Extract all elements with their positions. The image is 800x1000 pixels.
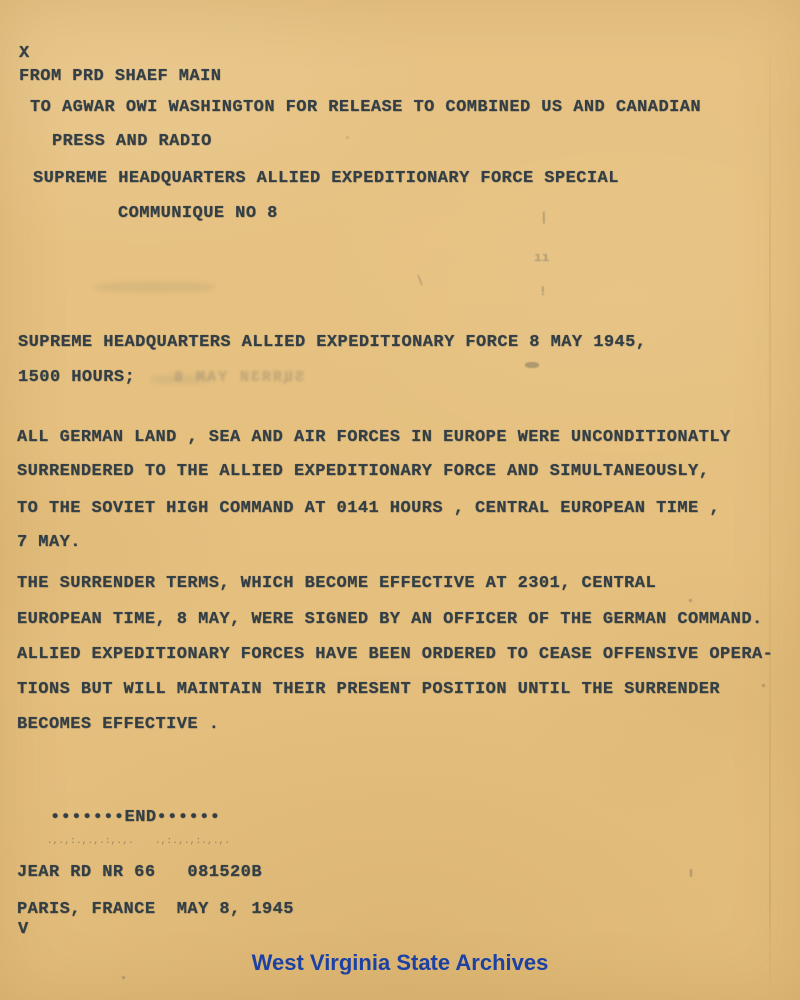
paper-smudge bbox=[525, 362, 539, 368]
stray-mark-icon: ! bbox=[539, 284, 547, 299]
telegram-line-signoff-place-date: PARIS, FRANCE MAY 8, 1945 bbox=[17, 900, 294, 920]
paper-smudge bbox=[95, 282, 215, 292]
telegram-line-body-8: TIONS BUT WILL MAINTAIN THEIR PRESENT PO… bbox=[17, 680, 720, 700]
telegram-line-body-2: SURRENDERED TO THE ALLIED EXPEDITIONARY … bbox=[17, 462, 709, 482]
paper-smudge bbox=[150, 375, 210, 384]
stray-mark-icon: ıı bbox=[534, 250, 550, 265]
paper-crease bbox=[769, 0, 771, 1000]
paper-speck bbox=[346, 136, 349, 139]
document-scan: X FROM PRD SHAEF MAIN TO AGWAR OWI WASHI… bbox=[0, 0, 800, 1000]
telegram-line-press-radio: PRESS AND RADIO bbox=[52, 132, 212, 152]
telegram-line-hours: 1500 HOURS; bbox=[18, 368, 135, 388]
telegram-line-body-6: EUROPEAN TIME, 8 MAY, WERE SIGNED BY AN … bbox=[17, 610, 763, 630]
archive-credit: West Virginia State Archives bbox=[0, 950, 800, 976]
ink-residue-right: .,:.,.,:.,.,. bbox=[155, 836, 230, 846]
ink-residue-left: .,.,:.,.,.:,.,. bbox=[47, 836, 134, 846]
telegram-line-communique-no: COMMUNIQUE NO 8 bbox=[118, 204, 278, 224]
paper-speck bbox=[690, 869, 692, 877]
telegram-line-from: FROM PRD SHAEF MAIN bbox=[19, 67, 221, 87]
paper-speck bbox=[122, 976, 125, 979]
telegram-line-body-4: 7 MAY. bbox=[17, 533, 81, 553]
telegram-line-dateline: SUPREME HEADQUARTERS ALLIED EXPEDITIONAR… bbox=[18, 333, 646, 353]
telegram-line-body-3: TO THE SOVIET HIGH COMMAND AT 0141 HOURS… bbox=[17, 499, 720, 519]
telegram-line-signoff-ref: JEAR RD NR 66 081520B bbox=[17, 863, 262, 883]
stray-mark-icon: | bbox=[540, 210, 548, 225]
telegram-line-body-7: ALLIED EXPEDITIONARY FORCES HAVE BEEN OR… bbox=[17, 645, 773, 665]
telegram-line-x-marker: X bbox=[19, 44, 30, 64]
telegram-line-body-9: BECOMES EFFECTIVE . bbox=[17, 715, 219, 735]
telegram-line-body-5: THE SURRENDER TERMS, WHICH BECOME EFFECT… bbox=[17, 574, 656, 594]
telegram-line-shaef-special: SUPREME HEADQUARTERS ALLIED EXPEDITIONAR… bbox=[33, 169, 619, 189]
paper-speck bbox=[689, 599, 692, 602]
telegram-line-v-marker: V bbox=[18, 920, 29, 940]
telegram-line-end-marker: •••••••END•••••• bbox=[50, 808, 220, 828]
stray-mark-icon: \ bbox=[415, 274, 425, 290]
telegram-line-body-1: ALL GERMAN LAND , SEA AND AIR FORCES IN … bbox=[17, 428, 731, 448]
paper-speck bbox=[762, 684, 765, 687]
telegram-line-to: TO AGWAR OWI WASHINGTON FOR RELEASE TO C… bbox=[30, 98, 701, 118]
